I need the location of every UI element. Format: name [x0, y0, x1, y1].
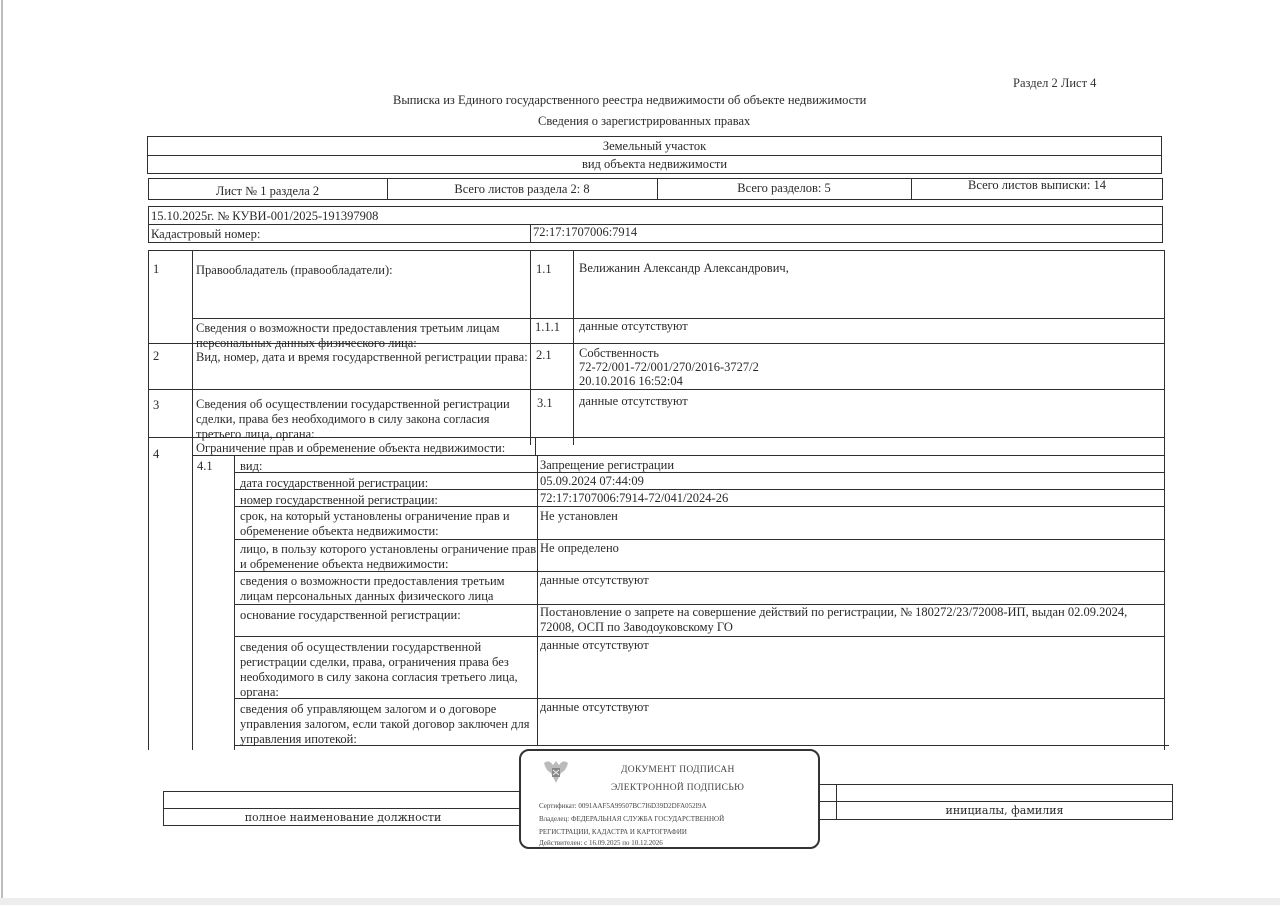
object-type-value: Земельный участок [147, 139, 1162, 154]
row-1-1-1-label: Сведения о возможности предоставления тр… [196, 321, 528, 351]
right-registration-date: 20.10.2016 16:52:04 [579, 374, 683, 389]
encumbrance-label: сведения об осуществлении государственно… [240, 640, 540, 700]
divider [234, 539, 1165, 540]
row-2-sub: 2.1 [536, 348, 552, 363]
registration-basis: Постановление о запрете на совершение де… [540, 605, 1140, 635]
encumbrance-value: данные отсутствуют [540, 638, 649, 653]
encumbrance-value: данные отсутствуют [540, 573, 649, 588]
row-1-1-1-sub: 1.1.1 [535, 320, 560, 335]
divider [192, 437, 193, 750]
section-sheets-count: Всего листов раздела 2: 8 [387, 182, 657, 197]
divider [163, 808, 523, 809]
row-4-number: 4 [153, 447, 159, 462]
sheet-number: Лист № 1 раздела 2 [148, 184, 387, 199]
encumbrance-sub: 4.1 [197, 459, 213, 474]
divider [234, 636, 1165, 637]
row-2-number: 2 [153, 349, 159, 364]
stamp-owner-line2: РЕГИСТРАЦИИ, КАДАСТРА И КАРТОГРАФИИ [539, 828, 687, 836]
divider [192, 250, 193, 445]
object-type-caption: вид объекта недвижимости [147, 157, 1162, 172]
row-3-number: 3 [153, 398, 159, 413]
encumbrance-label: номер государственной регистрации: [240, 493, 438, 508]
name-caption: инициалы, фамилия [836, 803, 1173, 818]
encumbrance-value: Запрещение регистрации [540, 458, 674, 473]
total-sheets: Всего листов выписки: 14 [911, 178, 1163, 193]
divider [234, 472, 1165, 473]
extract-date-number: 15.10.2025г. № КУВИ-001/2025-191397908 [151, 209, 378, 224]
position-caption: полное наименование должности [163, 810, 523, 825]
stamp-certificate: Сертификат: 0091AAF5A99507BC7I6D39D2DFA0… [539, 802, 707, 810]
document-subtitle: Сведения о зарегистрированных правах [538, 114, 750, 129]
encumbrance-value: Не установлен [540, 509, 618, 524]
stamp-title-line2: ЭЛЕКТРОННОЙ ПОДПИСЬЮ [611, 783, 744, 793]
stamp-title-line1: ДОКУМЕНТ ПОДПИСАН [621, 765, 735, 775]
row-3-sub: 3.1 [537, 396, 553, 411]
scan-page-edge [1, 0, 3, 905]
electronic-signature-stamp: ДОКУМЕНТ ПОДПИСАН ЭЛЕКТРОННОЙ ПОДПИСЬЮ С… [519, 749, 820, 849]
encumbrance-value: 05.09.2024 07:44:09 [540, 474, 644, 489]
row-2-label: Вид, номер, дата и время государственной… [196, 350, 528, 365]
encumbrance-value: данные отсутствуют [540, 700, 649, 715]
stamp-validity: Действителен: с 16.09.2025 по 10.12.2026 [539, 839, 663, 847]
right-registration-number: 72-72/001-72/001/270/2016-3727/2 [579, 360, 759, 375]
row-1-1-1-value: данные отсутствуют [579, 319, 688, 334]
rightholder-name: Велижанин Александр Александрович, [579, 261, 789, 276]
encumbrance-value: 72:17:1707006:7914-72/041/2024-26 [540, 491, 728, 506]
encumbrance-label: вид: [240, 459, 262, 474]
divider [818, 801, 1173, 802]
divider [530, 250, 531, 445]
divider [148, 224, 1163, 225]
encumbrance-title: Ограничение прав и обременение объекта н… [196, 441, 505, 456]
cadastral-label: Кадастровый номер: [151, 227, 260, 242]
divider [148, 389, 1165, 390]
divider [530, 224, 531, 243]
row-1-sub: 1.1 [536, 262, 552, 277]
right-type: Собственность [579, 346, 659, 361]
row-3-label: Сведения об осуществлении государственно… [196, 397, 526, 442]
row-3-value: данные отсутствуют [579, 394, 688, 409]
total-sections: Всего разделов: 5 [657, 181, 911, 196]
divider [535, 437, 536, 455]
encumbrance-label: сведения о возможности предоставления тр… [240, 574, 534, 604]
divider [573, 250, 574, 445]
state-emblem-icon [539, 757, 573, 787]
row-1-label: Правообладатель (правообладатели): [196, 263, 393, 278]
cadastral-number: 72:17:1707006:7914 [533, 225, 637, 240]
encumbrance-label: дата государственной регистрации: [240, 476, 428, 491]
encumbrance-value: Не определено [540, 541, 619, 556]
divider [147, 155, 1162, 156]
section-sheet-label: Раздел 2 Лист 4 [1013, 76, 1096, 91]
encumbrance-label: срок, на который установлены ограничение… [240, 509, 538, 539]
encumbrance-label: сведения об управляющем залогом и о дого… [240, 702, 540, 747]
row-1-number: 1 [153, 262, 159, 277]
scan-bottom-edge [0, 898, 1280, 905]
encumbrance-label: основание государственной регистрации: [240, 608, 461, 623]
encumbrance-label: лицо, в пользу которого установлены огра… [240, 542, 538, 572]
document-title: Выписка из Единого государственного реес… [393, 93, 866, 108]
divider [234, 455, 235, 750]
stamp-owner-line1: Владелец: ФЕДЕРАЛЬНАЯ СЛУЖБА ГОСУДАРСТВЕ… [539, 815, 724, 823]
